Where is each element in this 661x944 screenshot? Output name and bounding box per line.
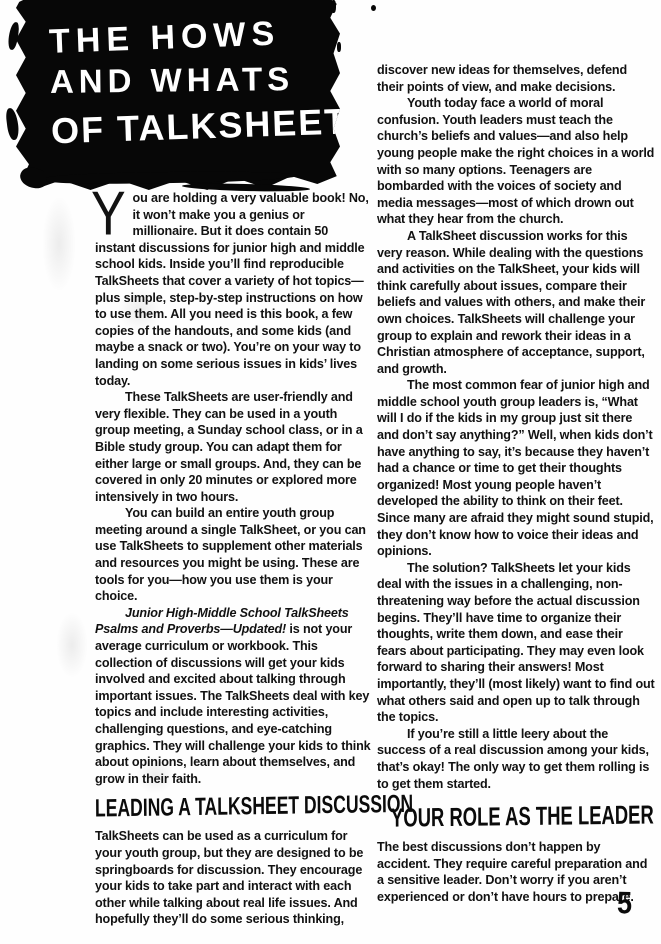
paragraph-intro-text: ou are holding a very valuable book! No,… <box>95 191 369 388</box>
paragraph-build: You can build an entire youth group meet… <box>95 505 371 605</box>
scan-smudge <box>42 196 76 292</box>
left-column: You are holding a very valuable book! No… <box>95 190 371 928</box>
drop-cap: Y <box>91 190 126 238</box>
chapter-title-line-3: OF TALKSHEETS <box>50 97 375 156</box>
chapter-title-line-1: THE HOWS <box>48 8 373 64</box>
paragraph-leery: If you’re still a little leery about the… <box>377 726 655 792</box>
chapter-title-line-2: AND WHATS <box>50 56 374 104</box>
page-number: 5 <box>617 886 633 922</box>
book-page: THE HOWS AND WHATS OF TALKSHEETS You are… <box>0 0 661 944</box>
scan-smudge <box>56 612 88 678</box>
ink-splatter <box>371 5 376 11</box>
paragraph-intro: You are holding a very valuable book! No… <box>95 190 371 389</box>
heading-your-role: YOUR ROLE AS THE LEADER <box>391 801 629 835</box>
ink-splatter <box>7 22 20 51</box>
paragraph-continue: discover new ideas for themselves, defen… <box>377 62 655 95</box>
heading-leading-discussion: LEADING A TALKSHEET DISCUSSION <box>95 791 344 824</box>
paragraph-book-rest: is not your average curriculum or workbo… <box>95 622 371 785</box>
chapter-title: THE HOWS AND WHATS OF TALKSHEETS <box>48 10 374 153</box>
ink-splatter <box>331 0 336 13</box>
chapter-title-block: THE HOWS AND WHATS OF TALKSHEETS <box>16 0 340 190</box>
paragraph-solution: The solution? TalkSheets let your kids d… <box>377 560 655 726</box>
paragraph-flexible: These TalkSheets are user-friendly and v… <box>95 389 371 505</box>
paragraph-fear: The most common fear of junior high and … <box>377 377 655 560</box>
paragraph-youth: Youth today face a world of moral confus… <box>377 95 655 228</box>
ink-splatter <box>337 42 341 52</box>
paragraph-role: The best discussions don’t happen by acc… <box>377 839 655 905</box>
paragraph-reason: A TalkSheet discussion works for this ve… <box>377 228 655 377</box>
paragraph-leading: TalkSheets can be used as a curriculum f… <box>95 828 371 928</box>
paragraph-book: Junior High-Middle School TalkSheets Psa… <box>95 605 371 788</box>
right-column: discover new ideas for themselves, defen… <box>377 62 655 906</box>
